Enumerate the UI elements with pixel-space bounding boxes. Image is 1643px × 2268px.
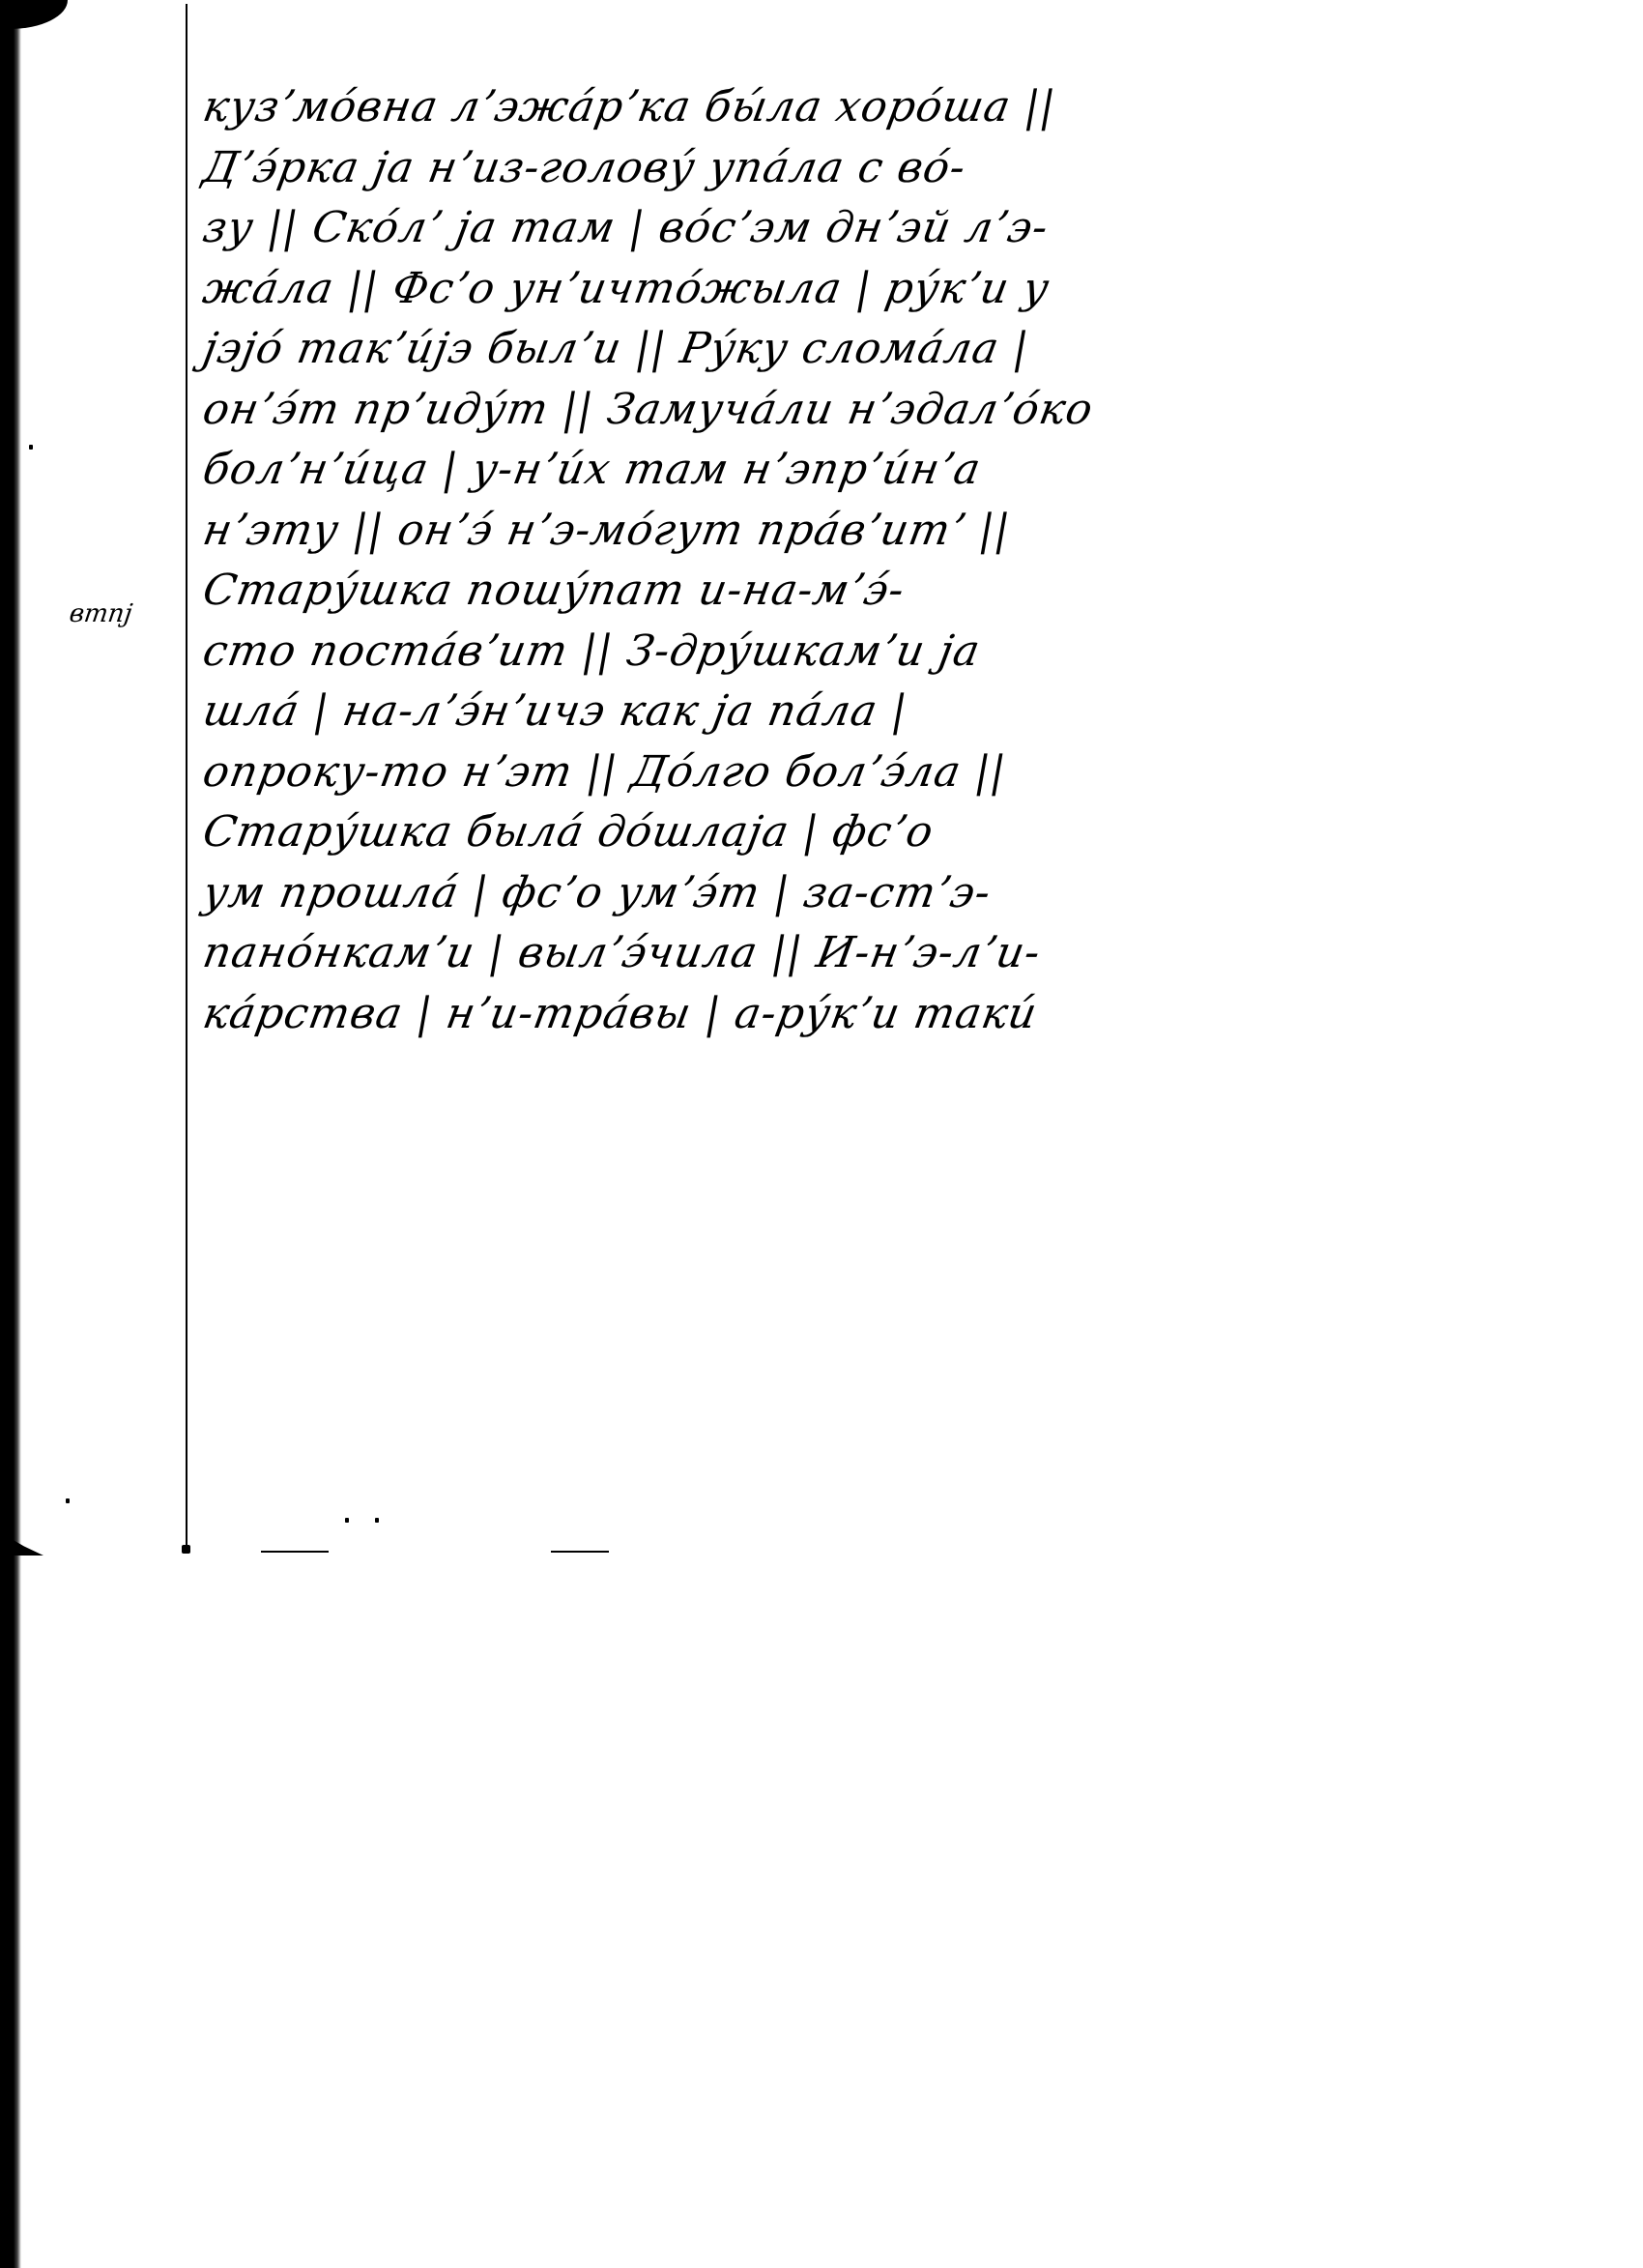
text-line: Дʼэ́рка ја нʼиз-голову́ упа́ла с во́- [198, 138, 1320, 199]
handwritten-text-block: кузʼмо́вна лʼэжа́рʼка бы́ла хоро́ша || Д… [198, 77, 1310, 1044]
text-line: нʼэту || онʼэ́ нʼэ-мо́гут пра́вʼитʼ || [198, 501, 1320, 562]
scan-speck [66, 1498, 70, 1503]
text-line: жа́ла || Фсʼо унʼичто́жыла | ру́кʼи у [198, 259, 1320, 320]
scan-speck [345, 1518, 349, 1523]
scan-speck [29, 445, 33, 450]
margin-rule [186, 4, 187, 1553]
text-line: Стару́шка пошу́пат и-на-мʼэ́- [198, 561, 1320, 622]
text-line: Стару́шка была́ до́шлаја | фсʼо [198, 802, 1320, 863]
scan-corner-shadow [0, 0, 68, 29]
text-line: пано́нкамʼи | вылʼэ́чила || И-нʼэ-лʼи- [198, 923, 1320, 984]
text-line: ка́рства | нʼи-тра́вы | а-ру́кʼи таки́ [198, 984, 1320, 1045]
scan-edge-shadow [0, 0, 21, 2268]
text-line: шла́ | на-лʼэ́нʼичэ как ја па́ла | [198, 682, 1320, 742]
text-line: јэјо́ такʼи́јэ былʼи || Ру́ку слома́ла | [198, 319, 1320, 380]
text-line: сто поста́вʼит || З-дру́шкамʼи ја [198, 622, 1320, 683]
scan-artifact-dash [261, 1551, 329, 1553]
margin-rule-end-mark [182, 1545, 190, 1554]
text-line: онʼэ́т прʼиду́т || Замуча́ли нʼэдалʼо́ко [198, 380, 1320, 441]
scan-speck [375, 1518, 379, 1523]
scanned-page: вmпj кузʼмо́вна лʼэжа́рʼка бы́ла хоро́ша… [0, 0, 1643, 2268]
scan-artifact-dash [551, 1551, 609, 1553]
margin-annotation: вmпj [68, 599, 134, 628]
text-line: опроку-то нʼэт || До́лго болʼэ́ла || [198, 742, 1320, 803]
text-line: ум прошла́ | фсʼо умʼэ́т | за-стʼэ- [198, 863, 1320, 924]
text-line: болʼнʼи́ца | у-нʼи́х там нʼэпрʼи́нʼа [198, 440, 1320, 501]
text-line: зу || Ско́лʼ ја там | во́сʼэм днʼэй лʼэ- [198, 198, 1320, 259]
text-line: кузʼмо́вна лʼэжа́рʼка бы́ла хоро́ша || [198, 77, 1320, 138]
